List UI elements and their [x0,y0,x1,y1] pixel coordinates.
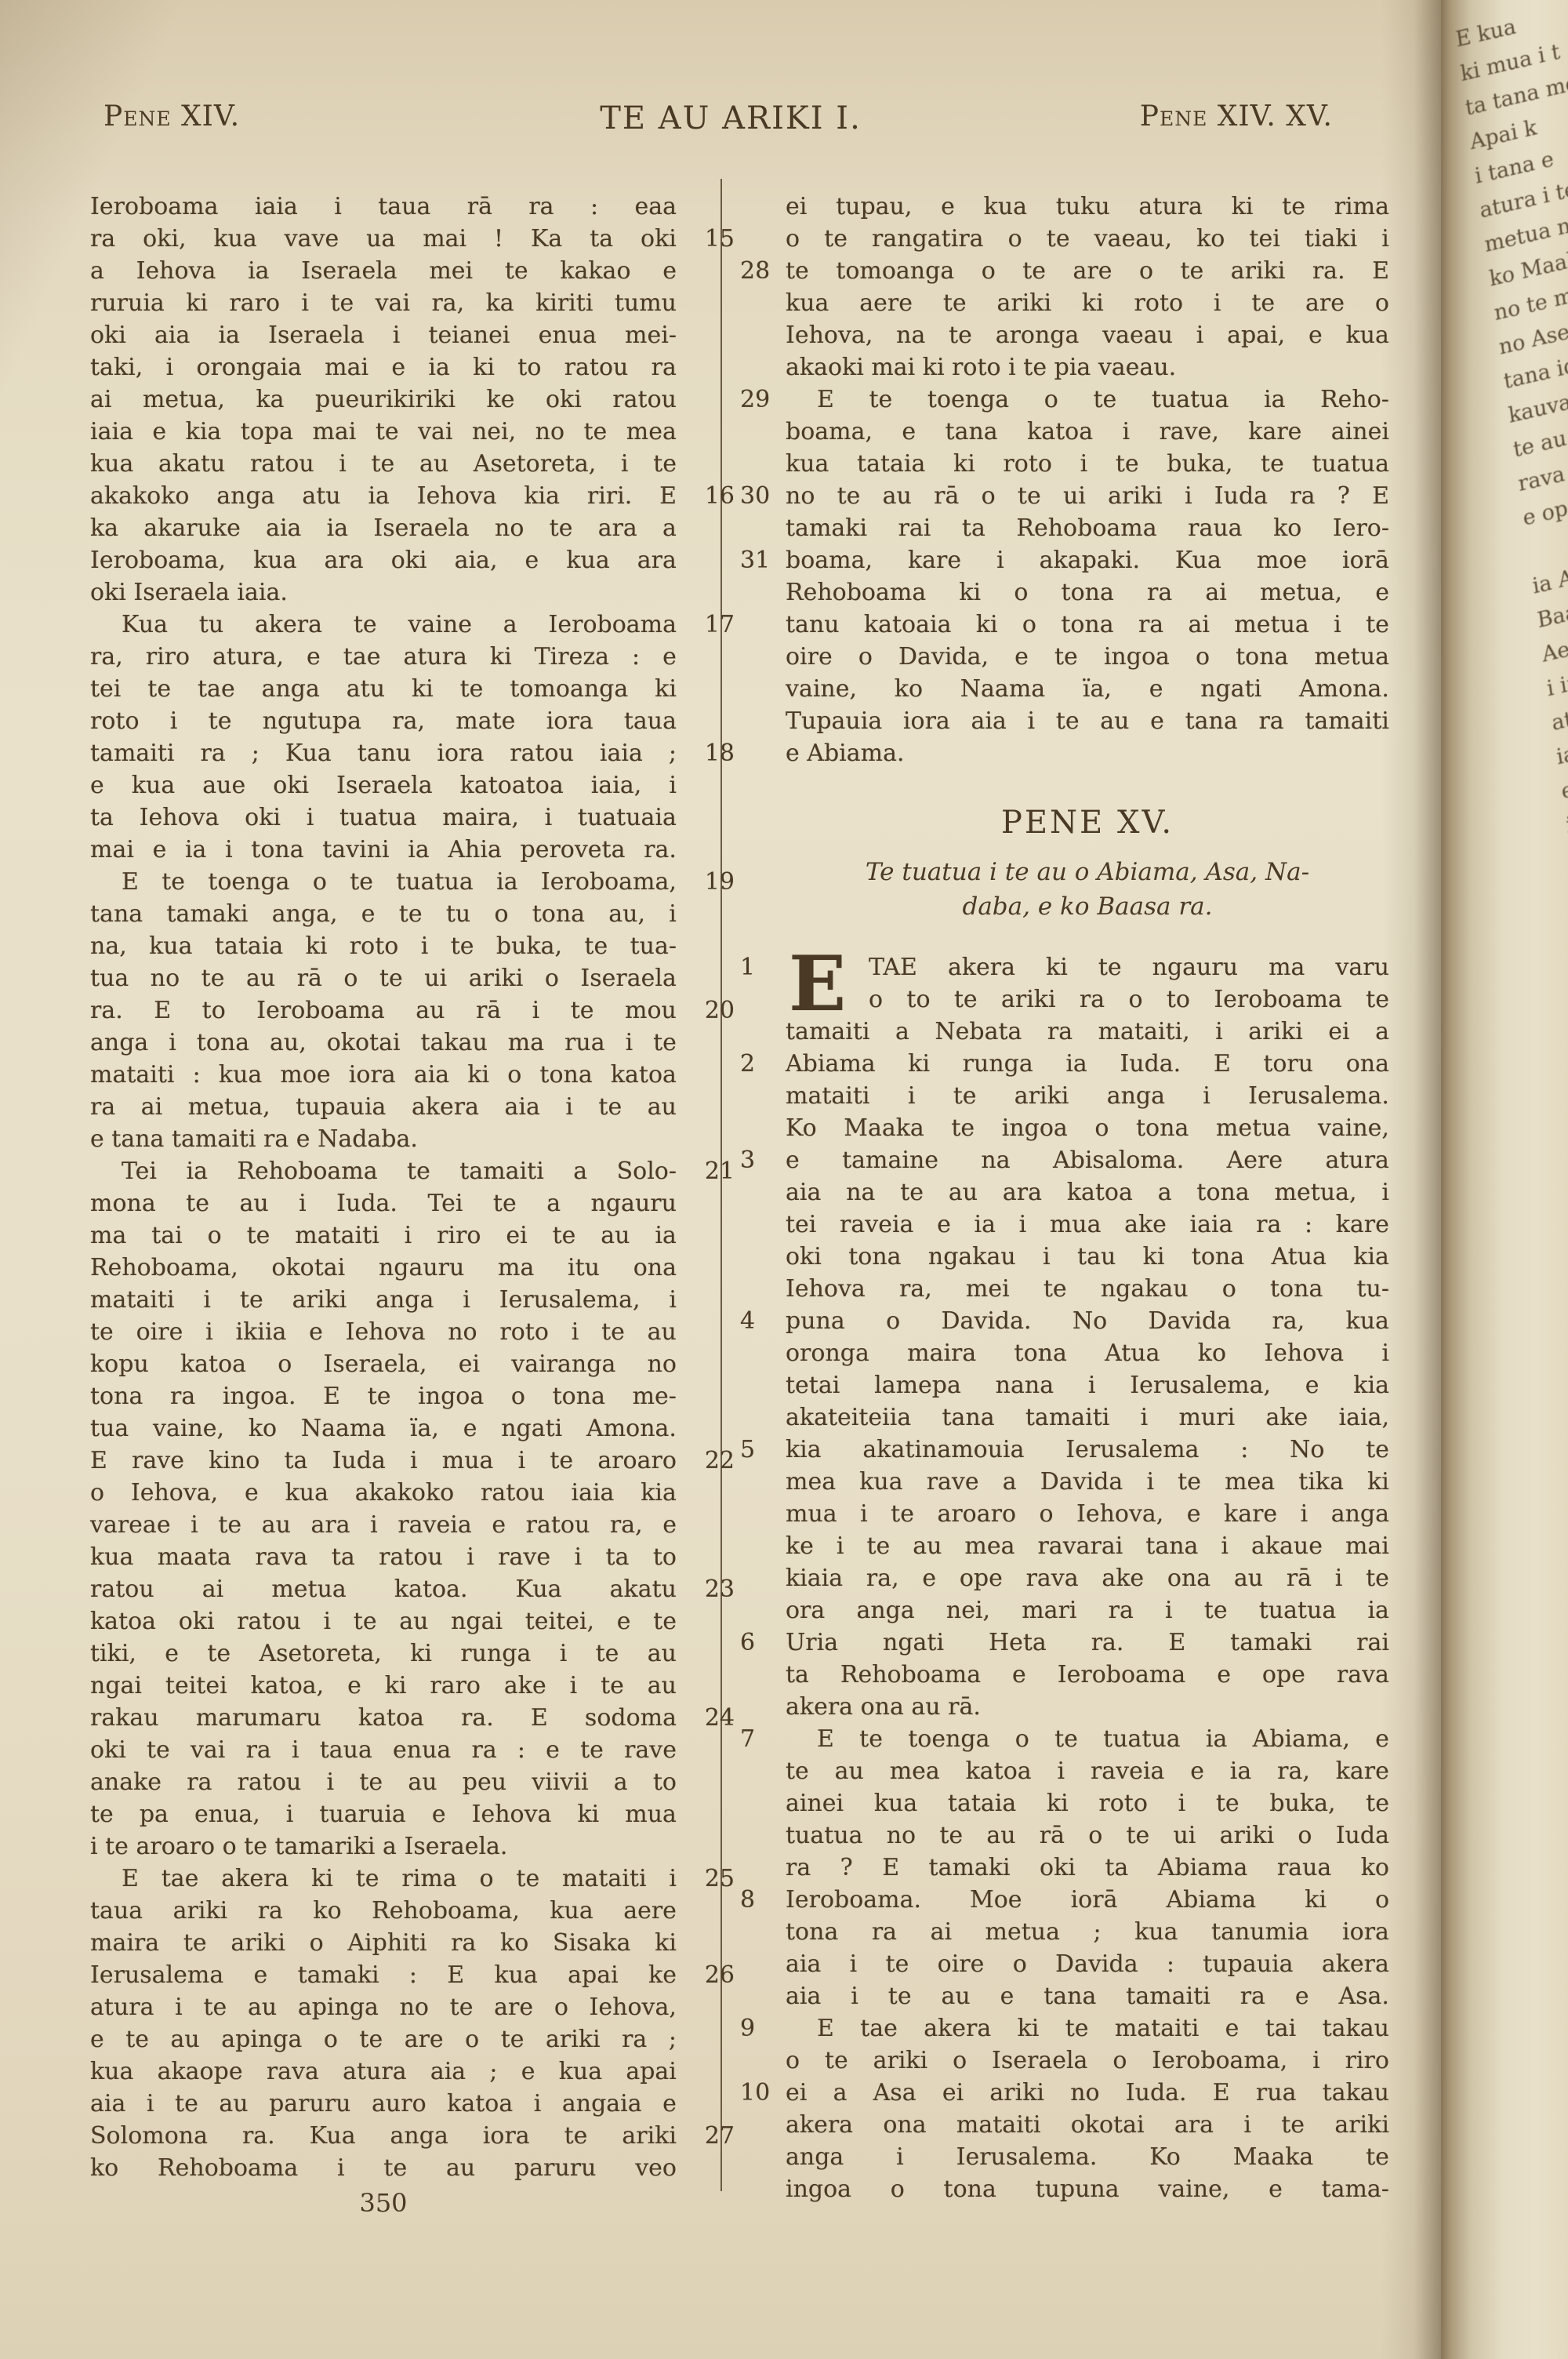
text-line: EtetoengaotetuatuaiaIeroboama,19 [90,866,677,898]
text-line: okitevairaitauaenuara:eterave [90,1734,677,1766]
header-chapter-right: Pene XIV. XV. [1140,100,1333,133]
text-line: tiki,eteAsetoreta,kirungaiteau [90,1637,677,1670]
text-line: rotoitengutupara,mateiorataua [90,705,677,737]
text-line: muaitearoarooIehova,ekareianga [786,1498,1389,1530]
text-line: tuavaine,koNaamaïa,engatiAmona. [90,1412,677,1445]
text-line: orongamairatonaAtuakoIehovai [786,1337,1389,1369]
text-line: tauaarikirakoRehoboama,kuaaere [90,1895,677,1927]
text-line: oireoDavida,eteingoaotonametua [786,641,1389,673]
chapter-heading: PENE XV. [786,805,1389,841]
text-line: EtetoengaotetuatuaiaAbiama,e7 [786,1723,1389,1755]
text-line: boama,etanakatoairave,kareainei [786,416,1389,448]
verse-number: 31 [740,544,770,576]
chapter-summary-line: daba, e ko Baasa ra. [786,889,1389,924]
text-line: AbiamakirungaiaIuda.Etoruona2 [786,1048,1389,1080]
text-line: koRehoboamaiteauparuruveo [90,2152,677,2184]
text-line: aianateauarakatoaatonametua,i [786,1176,1389,1209]
page-number: 350 [359,2188,407,2218]
text-line: EravekinotaIudaimuaitearoaro22 [90,1445,677,1477]
verse-number: 20 [705,994,735,1027]
text-line: mataitiitearikiangaiIerusalema,i [90,1284,677,1316]
text-line: punaoDavida.NoDavidara,kua4 [786,1305,1389,1337]
text-line: akateiteiiatanatamaitiimuriakeiaia, [786,1401,1389,1434]
text-line: Ieroboamaiaiaitauarāra:eaa [90,191,677,223]
text-line: akera ona au rā. [786,1691,1389,1723]
text-line: kaakarukeaiaiaIseraelanotearaa [90,512,677,544]
text-line: akeraonamataitiokotaiaraiteariki [786,2109,1389,2141]
text-line: Ierusalemaetamaki:Ekuaapaike26 [90,1959,677,1991]
header-chapter-left: Pene XIV. [103,100,240,133]
text-line: mataiotemataitiiriroeiteauia [90,1219,677,1252]
text-line: boama,kareiakapaki.Kuamoeiorā31 [786,544,1389,576]
text-line: tetailamepananaiIerusalema,ekia [786,1369,1389,1401]
book-page-scan: Pene XIV. TE AU ARIKI I. Pene XIV. XV. I… [0,0,1568,2359]
text-line: kiaakatinamouiaIerusalema:Note5 [786,1434,1389,1466]
text-line: ratouaimetuakatoa.Kuaakatu23 [90,1573,677,1605]
verse-number: 28 [740,255,770,287]
verse-number: 16 [705,480,735,512]
text-line: tuanoteaurāoteuiarikioIseraela [90,962,677,994]
text-line: kopukatoaoIseraela,eivairangano [90,1348,677,1380]
verse-number: 21 [705,1155,735,1187]
text-line: tuatuanoteaurāoteuiarikioIuda [786,1819,1389,1852]
text-line: tanukatoaiakiotonaraaimetuaite [786,609,1389,641]
text-line: okitonangakauitaukitonaAtuakia [786,1241,1389,1273]
left-text-column: Ieroboamaiaiaitauarāra:eaaraoki,kuavaveu… [90,191,677,2184]
text-line: Rehoboama,okotaingaurumaituona [90,1252,677,1284]
verse-number: 26 [705,1959,735,1991]
verse-number: 19 [705,866,735,898]
verse-number: 25 [705,1863,735,1895]
text-line: UriangatiHetara.Etamakirai6 [786,1627,1389,1659]
verse-number: 3 [740,1144,755,1176]
text-line: teoireiikiiaeIehovanorotoiteau [90,1316,677,1348]
text-line: ototearikiraotoIeroboamate [786,983,1389,1016]
text-line: tonaraingoa.Eteingoaotoname- [90,1380,677,1412]
text-line: tonaraaimetua;kuatanumiaiora [786,1916,1389,1948]
text-line: mairatearikioAiphitirakoSisakaki [90,1927,677,1959]
text-line: eteauapingaoteareotearikira; [90,2023,677,2055]
text-line: vareaeiteauarairaveiaeratoura,e [90,1509,677,1541]
text-line: oterangatiraotevaeau,koteitiakii [786,223,1389,255]
text-line: Solomonara.Kuaangaiorateariki27 [90,2120,677,2152]
text-line: keiteaumearavaraitanaiakauemai [786,1530,1389,1562]
text-line: tamakiraitaRehoboamarauakoIero- [786,512,1389,544]
verse-number: 30 [740,480,770,512]
verse-number: 27 [705,2120,735,2152]
text-line: kuaakaturatouiteauAsetoreta,ite [90,448,677,480]
chapter-15-text: E TAEakerakitengaurumavaru1ototearikirao… [786,951,1389,2205]
text-line: Tupauiaioraaiaiteauetanaratamaiti [786,705,1389,737]
text-line: KuatuakeratevaineaIeroboama17 [90,609,677,641]
text-line: ra.EtoIeroboamaaurāitemou20 [90,994,677,1027]
text-line: Rehoboamakiotonaraaimetua,e [786,576,1389,609]
chapter-summary: Te tuatua i te au o Abiama, Asa, Na- dab… [786,855,1389,924]
text-line: ruruiakiraroitevaira,kakirititumu [90,287,677,319]
text-line: taki,iorongaiamaieiakitoratoura [90,351,677,383]
text-line: taRehoboamaeIeroboamaeoperava [786,1659,1389,1691]
text-line: aineikuatataiakirotoitebuka,te [786,1787,1389,1819]
text-line: noteaurāoteuiarikiiIudara?E30 [786,480,1389,512]
right-text-column: eitupau,ekuatukuaturakiterimaoterangatir… [786,191,1389,2205]
text-line: e tana tamaiti ra e Nadaba. [90,1123,677,1155]
text-line: tamaitiaNebataramataiti,iarikieia [786,1016,1389,1048]
text-line: taIehovaokiituatuamaira,ituatuaia [90,801,677,834]
next-page-edge: E kuaki mua i tta tana metuApai ki tana … [1441,0,1568,2359]
text-line: raaimetua,tupauiaakeraaiaiteau [90,1091,677,1123]
text-line: EtetoengaotetuatuaiaReho-29 [786,383,1389,416]
text-line: teiraveiaeiaimuaakeiaiara:kare [786,1209,1389,1241]
verse-number: 8 [740,1884,755,1916]
text-line: akaoki mai ki roto i te pia vaeau. [786,351,1389,383]
chapter-summary-line: Te tuatua i te au o Abiama, Asa, Na- [786,855,1389,889]
text-line: ra,riroatura,etaeaturakiTireza:e [90,641,677,673]
text-line: Ieroboama,kuaaraokiaia,ekuaara [90,544,677,576]
verse-number: 9 [740,2012,755,2045]
verse-number: 7 [740,1723,755,1755]
verse-number: 5 [740,1434,755,1466]
text-line: kuaakaoperavaaturaaia;ekuaapai [90,2055,677,2088]
verse-number: 6 [740,1627,755,1659]
text-line: ra?EtamakiokitaAbiamarauako [786,1852,1389,1884]
text-line: eitupau,ekuatukuaturakiterima [786,191,1389,223]
text-line: vaine,koNaamaïa,engatiAmona. [786,673,1389,705]
text-line: tepaenua,ituaruiaeIehovakimua [90,1798,677,1830]
text-line: angaitonaau,okotaitakaumaruaite [90,1027,677,1059]
text-line: oIehova,ekuaakakokoratouiaiakia [90,1477,677,1509]
text-line: Iehovara,meitengakauotonatu- [786,1273,1389,1305]
text-line: aiaiteoireoDavida:tupauiaakera [786,1948,1389,1980]
text-line: KoMaakateingoaotonametuavaine, [786,1112,1389,1144]
text-line: ekuaaueokiIseraelakatoatoaiaia,i [90,769,677,801]
text-line: monateauiIuda.Teiteangauru [90,1187,677,1219]
text-line: otearikioIseraelaoIeroboama,iriro [786,2045,1389,2077]
text-line: kiaiara,eoperavaakeonaaurāite [786,1562,1389,1594]
text-line: Etaeakerakitemataitietaitakau9 [786,2012,1389,2045]
text-line: kuaaeretearikikirotoiteareo [786,287,1389,319]
text-line: angaiIerusalema.KoMaakate [786,2141,1389,2173]
verse-number: 17 [705,609,735,641]
text-line: TeiiaRehoboamatetamaitiaSolo-21 [90,1155,677,1187]
page-gutter-shadow [1381,0,1441,2359]
text-line: oraanganei,mariraitetuatuaia [786,1594,1389,1627]
verse-number: 10 [740,2077,770,2109]
text-line: teaumeakatoairaveiaeiara,kare [786,1755,1389,1787]
verse-number: 18 [705,737,735,769]
text-line: na,kuatataiakirotoitebuka,tetua- [90,930,677,962]
text-line: iaiaekiatopamaitevainei,notemea [90,416,677,448]
verse-number: 1 [740,951,755,983]
text-line: aIehovaiaIseraelameitekakaoe [90,255,677,287]
text-line: aimetua,kapueurikirikikeokiratou [90,383,677,416]
verse-number: 4 [740,1305,755,1337]
text-line: okiaiaiaIseraelaiteianeienuamei- [90,319,677,351]
text-line: Etaeakerakiterimaotemataitii25 [90,1863,677,1895]
verse-number: 23 [705,1573,735,1605]
text-line: mataitiitearikiangaiIerusalema. [786,1080,1389,1112]
text-line: teitetaeangaatukitetomoangaki [90,673,677,705]
text-line: aturaiteauapinganoteareoIehova, [90,1991,677,2023]
text-line: akakokoangaatuiaIehovakiariri.E16 [90,480,677,512]
verse-number: 24 [705,1702,735,1734]
text-line: meakuaraveaDavidaitemeatikaki [786,1466,1389,1498]
text-line: i te aroaro o te tamariki a Iseraela. [90,1830,677,1863]
verse-number: 2 [740,1048,755,1080]
chapter-14-continuation: eitupau,ekuatukuaturakiterimaoterangatir… [786,191,1389,769]
text-line: e Abiama. [786,737,1389,769]
text-line: anakeraratouiteaupeuviiviiato [90,1766,677,1798]
text-line: aiaiteauetanatamaitiraeAsa. [786,1980,1389,2012]
text-line: eiaAsaeiarikinoIuda.Eruatakau10 [786,2077,1389,2109]
verse-number: 29 [740,383,770,416]
text-line: tanatamakianga,etetuotonaau,i [90,898,677,930]
text-line: kuamaataravataratouiraveitato [90,1541,677,1573]
text-line: oki Iseraela iaia. [90,576,677,609]
text-line: etamainenaAbisaloma.Aereatura3 [786,1144,1389,1176]
verse-number: 22 [705,1445,735,1477]
text-line: kuatataiakirotoitebuka,tetuatua [786,448,1389,480]
text-line: raoki,kuavaveuamai!Kataoki15 [90,223,677,255]
text-line: Iehova,natearongavaeauiapai,ekua [786,319,1389,351]
text-line: rakaumarumarukatoara.Esodoma24 [90,1702,677,1734]
verse-number: 15 [705,223,735,255]
text-line: aiaiteauparuruaurokatoaiangaiae [90,2088,677,2120]
page-title: TE AU ARIKI I. [600,100,862,136]
next-page-partial-text: E kuaki mua i tta tana metuApai ki tana … [1454,0,1568,1869]
text-line: mataiti:kuamoeioraaiakiotonakatoa [90,1059,677,1091]
text-line: ngaiteiteikatoa,ekiraroakeiteau [90,1670,677,1702]
text-line: tetomoangaoteareotearikira.E28 [786,255,1389,287]
text-line: tamaitira;Kuatanuioraratouiaia;18 [90,737,677,769]
text-line: ingoaotonatupunavaine,etama- [786,2173,1389,2205]
text-line: maieiaitonataviniiaAhiaperovetara. [90,834,677,866]
text-line: katoaokiratouiteaungaiteitei,ete [90,1605,677,1637]
text-line: TAEakerakitengaurumavaru1 [786,951,1389,983]
text-line: Ieroboama.MoeiorāAbiamakio8 [786,1884,1389,1916]
